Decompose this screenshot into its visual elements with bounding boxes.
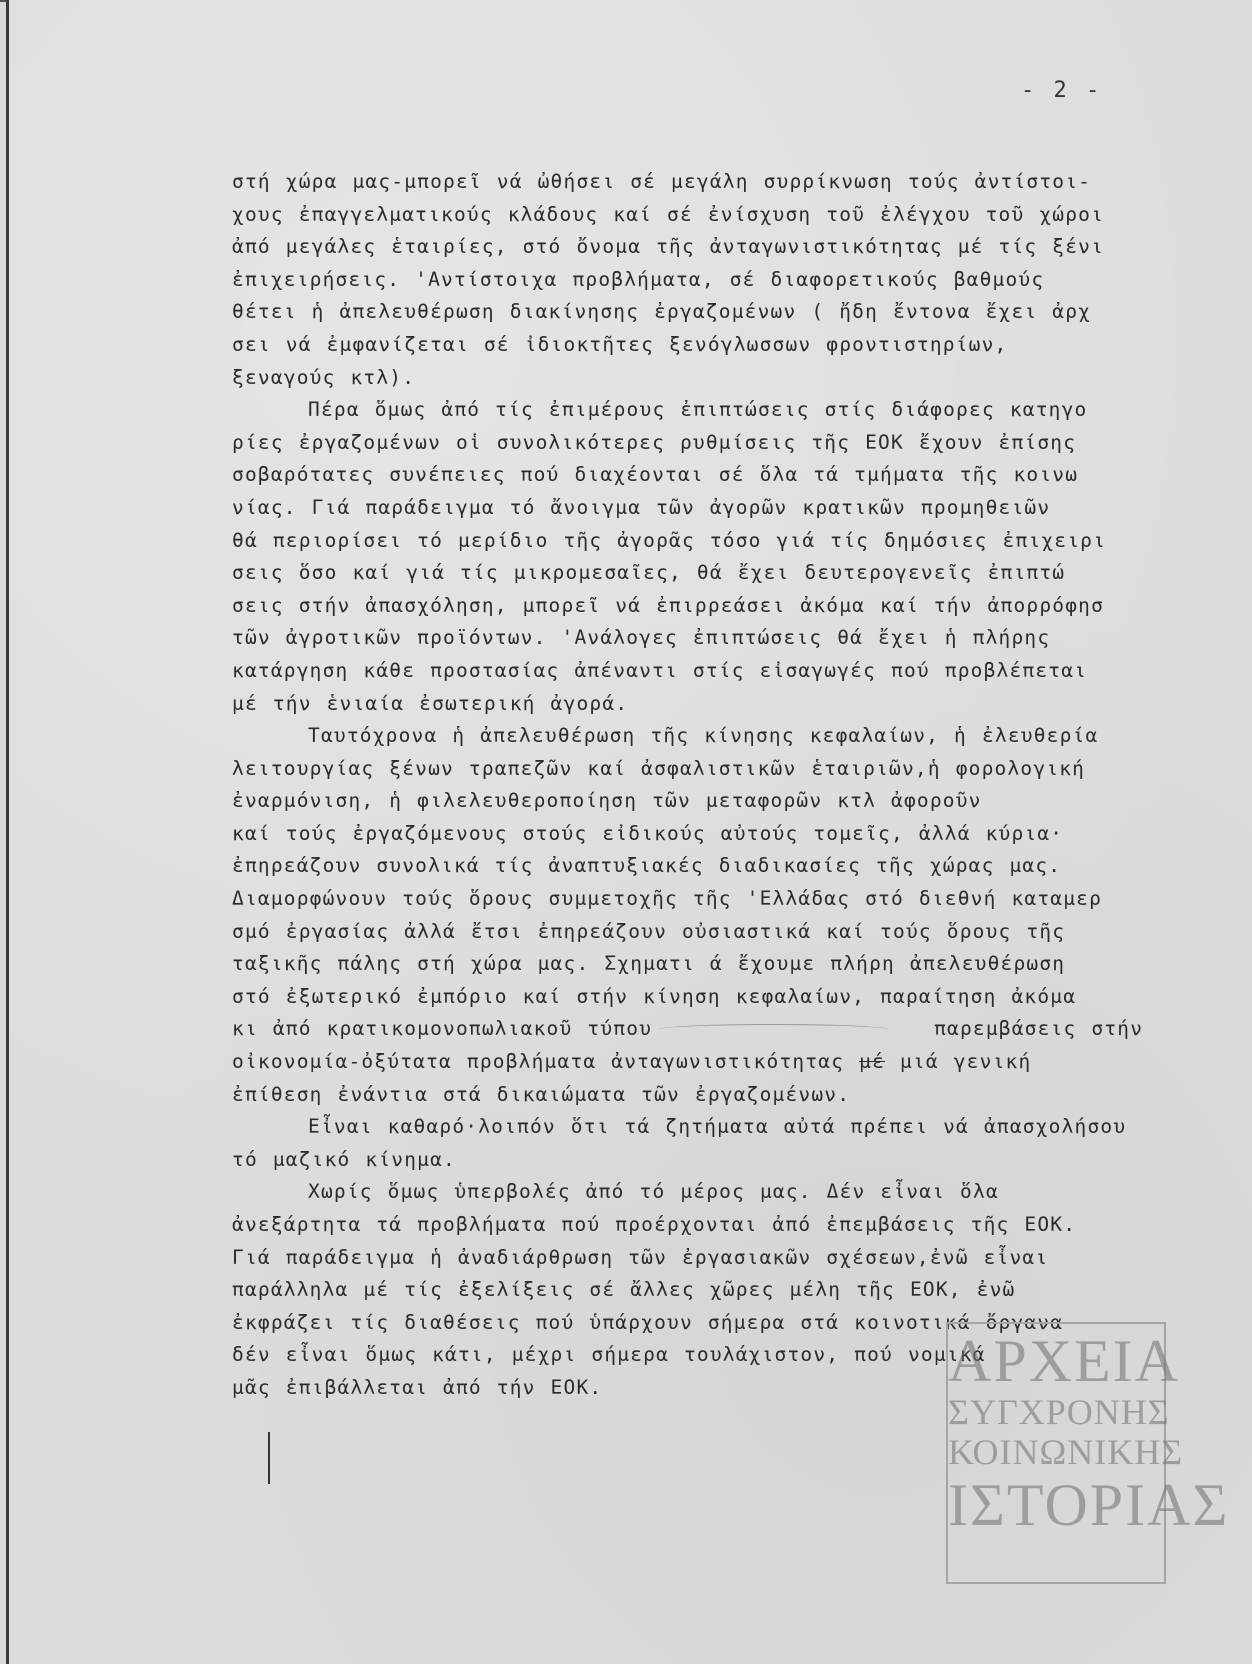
text-line: λειτουργίας ξένων τραπεζῶν καί ἀσφαλιστι…	[232, 753, 1252, 786]
text-line: ταξικῆς πάλης στή χώρα μας. Σχηματι ά ἔχ…	[232, 948, 1252, 981]
text-line: καί τούς ἐργαζόμενους στούς εἰδικούς αὐτ…	[232, 818, 1252, 851]
text-segment: μιά γενική	[900, 1050, 1031, 1073]
text-line: ἐναρμόνιση, ἡ φιλελευθεροποίηση τῶν μετα…	[232, 785, 1252, 818]
text-line: ἐπηρεάζουν συνολικά τίς ἀναπτυξιακές δια…	[232, 850, 1252, 883]
document-body: στή χώρα μας-μπορεῖ νά ὠθήσει σέ μεγάλη …	[232, 166, 1252, 1405]
text-line: μέ τήν ἑνιαία ἐσωτερική ἀγορά.	[232, 688, 1252, 721]
text-line: τό μαζικό κίνημα.	[232, 1144, 1252, 1177]
text-line: σμό ἐργασίας ἀλλά ἔτσι ἐπηρεάζουν οὐσιασ…	[232, 916, 1252, 949]
text-line: Διαμορφώνουν τούς ὅρους συμμετοχῆς τῆς '…	[232, 883, 1252, 916]
text-line-with-gap: κι ἀπό κρατικομονοπωλιακοῦ τύπουπαρεμβάσ…	[232, 1013, 1252, 1046]
text-line: κατάργηση κάθε προστασίας ἀπέναντι στίς …	[232, 655, 1252, 688]
text-line: ἀνεξάρτητα τά προβλήματα πού προέρχονται…	[232, 1209, 1252, 1242]
text-line: μᾶς ἐπιβάλλεται ἀπό τήν ΕΟΚ.	[232, 1372, 1252, 1405]
text-line: ἐπιχειρήσεις. 'Αντίστοιχα προβλήματα, σέ…	[232, 264, 1252, 297]
page-number: - 2 -	[1021, 78, 1102, 103]
text-segment: οἰκονομία-ὀξύτατα προβλήματα ἀνταγωνιστι…	[232, 1050, 844, 1073]
paragraph-start-line: Χωρίς ὅμως ὑπερβολές ἀπό τό μέρος μας. Δ…	[232, 1176, 1252, 1209]
text-line: θέτει ἡ ἀπελευθέρωση διακίνησης ἐργαζομέ…	[232, 296, 1252, 329]
text-line: σεις ὅσο καί γιά τίς μικρομεσαῖες, θά ἔχ…	[232, 557, 1252, 590]
text-line: χους ἐπαγγελματικούς κλάδους καί σέ ἐνίσ…	[232, 199, 1252, 232]
text-line: τῶν ἀγροτικῶν προϊόντων. 'Ανάλογες ἐπιπτ…	[232, 622, 1252, 655]
margin-mark	[268, 1432, 270, 1484]
text-line: θά περιορίσει τό μερίδιο τῆς ἀγορᾶς τόσο…	[232, 525, 1252, 558]
text-line: ἀπό μεγάλες ἑταιρίες, στό ὄνομα τῆς ἀντα…	[232, 231, 1252, 264]
text-segment: κι ἀπό κρατικομονοπωλιακοῦ τύπου	[232, 1017, 652, 1040]
text-line: παράλληλα μέ τίς ἐξελίξεις σέ ἄλλες χῶρε…	[232, 1274, 1252, 1307]
paragraph-start-line: Πέρα ὅμως ἀπό τίς ἐπιμέρους ἐπιπτώσεις σ…	[232, 394, 1252, 427]
text-line: στή χώρα μας-μπορεῖ νά ὠθήσει σέ μεγάλη …	[232, 166, 1252, 199]
text-line: σοβαρότατες συνέπειες πού διαχέονται σέ …	[232, 459, 1252, 492]
text-line: ρίες ἐργαζομένων οἱ συνολικότερες ρυθμίσ…	[232, 427, 1252, 460]
text-segment: παρεμβάσεις στήν	[934, 1017, 1143, 1040]
text-line: δέν εἶναι ὅμως κάτι, μέχρι σήμερα τουλάχ…	[232, 1339, 1252, 1372]
text-line-with-strike: οἰκονομία-ὀξύτατα προβλήματα ἀνταγωνιστι…	[232, 1046, 1252, 1079]
pencil-mark	[658, 1024, 888, 1035]
paragraph-start-line: Ταυτόχρονα ἡ ἀπελευθέρωση τῆς κίνησης κε…	[232, 720, 1252, 753]
struck-text: μέ	[859, 1050, 885, 1073]
text-line: Γιά παράδειγμα ἡ ἀναδιάρθρωση τῶν ἐργασι…	[232, 1242, 1252, 1275]
text-line: ἐκφράζει τίς διαθέσεις πού ὑπάρχουν σήμε…	[232, 1307, 1252, 1340]
text-line: σεις στήν ἀπασχόληση, μπορεῖ νά ἐπιρρεάσ…	[232, 590, 1252, 623]
paragraph-start-line: Εἶναι καθαρό·λοιπόν ὅτι τά ζητήματα αὐτά…	[232, 1111, 1252, 1144]
text-line: σει νά ἐμφανίζεται σέ ἰδιοκτῆτες ξενόγλω…	[232, 329, 1252, 362]
text-line: ξεναγούς κτλ).	[232, 362, 1252, 395]
text-line: νίας. Γιά παράδειγμα τό ἄνοιγμα τῶν ἀγορ…	[232, 492, 1252, 525]
text-line: στό ἐξωτερικό ἐμπόριο καί στήν κίνηση κε…	[232, 981, 1252, 1014]
text-line: ἐπίθεση ἐνάντια στά δικαιώματα τῶν ἐργαζ…	[232, 1079, 1252, 1112]
